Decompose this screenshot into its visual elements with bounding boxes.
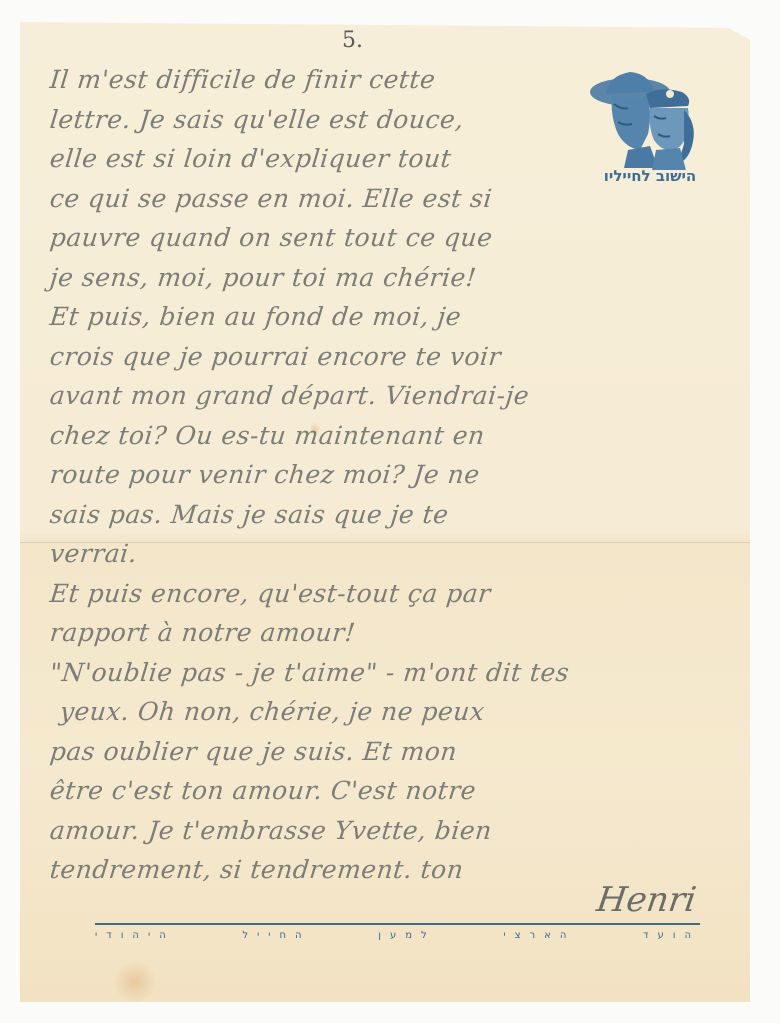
body-line: Et puis encore, qu'est-tout ça par — [48, 574, 742, 614]
letter-paper: 5. הישוב לחייליו Il m'est difficile de f… — [20, 22, 750, 1002]
body-line: chez toi? Ou es-tu maintenant en — [48, 416, 742, 456]
body-line: Il m'est difficile de finir cette — [48, 60, 742, 100]
body-line: Et puis, bien au fond de moi, je — [48, 297, 742, 337]
footer-organization-name: הועד הארצי למען החייל היהודי — [95, 930, 700, 941]
body-line: amour. Je t'embrasse Yvette, bien — [48, 811, 742, 851]
body-line: avant mon grand départ. Viendrai-je — [48, 376, 742, 416]
body-line: pauvre quand on sent tout ce que — [48, 218, 742, 258]
paper-stain — [115, 962, 155, 1002]
body-line: crois que je pourrai encore te voir — [48, 337, 742, 377]
footer-rule — [95, 923, 700, 925]
body-line: être c'est ton amour. C'est notre — [48, 771, 742, 811]
body-line: lettre. Je sais qu'elle est douce, — [48, 100, 742, 140]
body-line: pas oublier que je suis. Et mon — [48, 732, 742, 772]
page-number: 5. — [342, 28, 363, 53]
body-line: "N'oublie pas - je t'aime" - m'ont dit t… — [48, 653, 742, 693]
body-line: verrai. — [48, 534, 742, 574]
body-line: je sens, moi, pour toi ma chérie! — [48, 258, 742, 298]
body-line: yeux. Oh non, chérie, je ne peux — [48, 692, 742, 732]
body-line: rapport à notre amour! — [48, 613, 742, 653]
scanned-letter: 5. הישוב לחייליו Il m'est difficile de f… — [0, 0, 780, 1023]
body-line: sais pas. Mais je sais que je te — [48, 495, 742, 535]
letter-body: Il m'est difficile de finir cette lettre… — [50, 60, 740, 890]
body-line: route pour venir chez moi? Je ne — [48, 455, 742, 495]
body-line: ce qui se passe en moi. Elle est si — [48, 179, 742, 219]
signature: Henri — [594, 880, 698, 920]
body-line: elle est si loin d'expliquer tout — [48, 139, 742, 179]
